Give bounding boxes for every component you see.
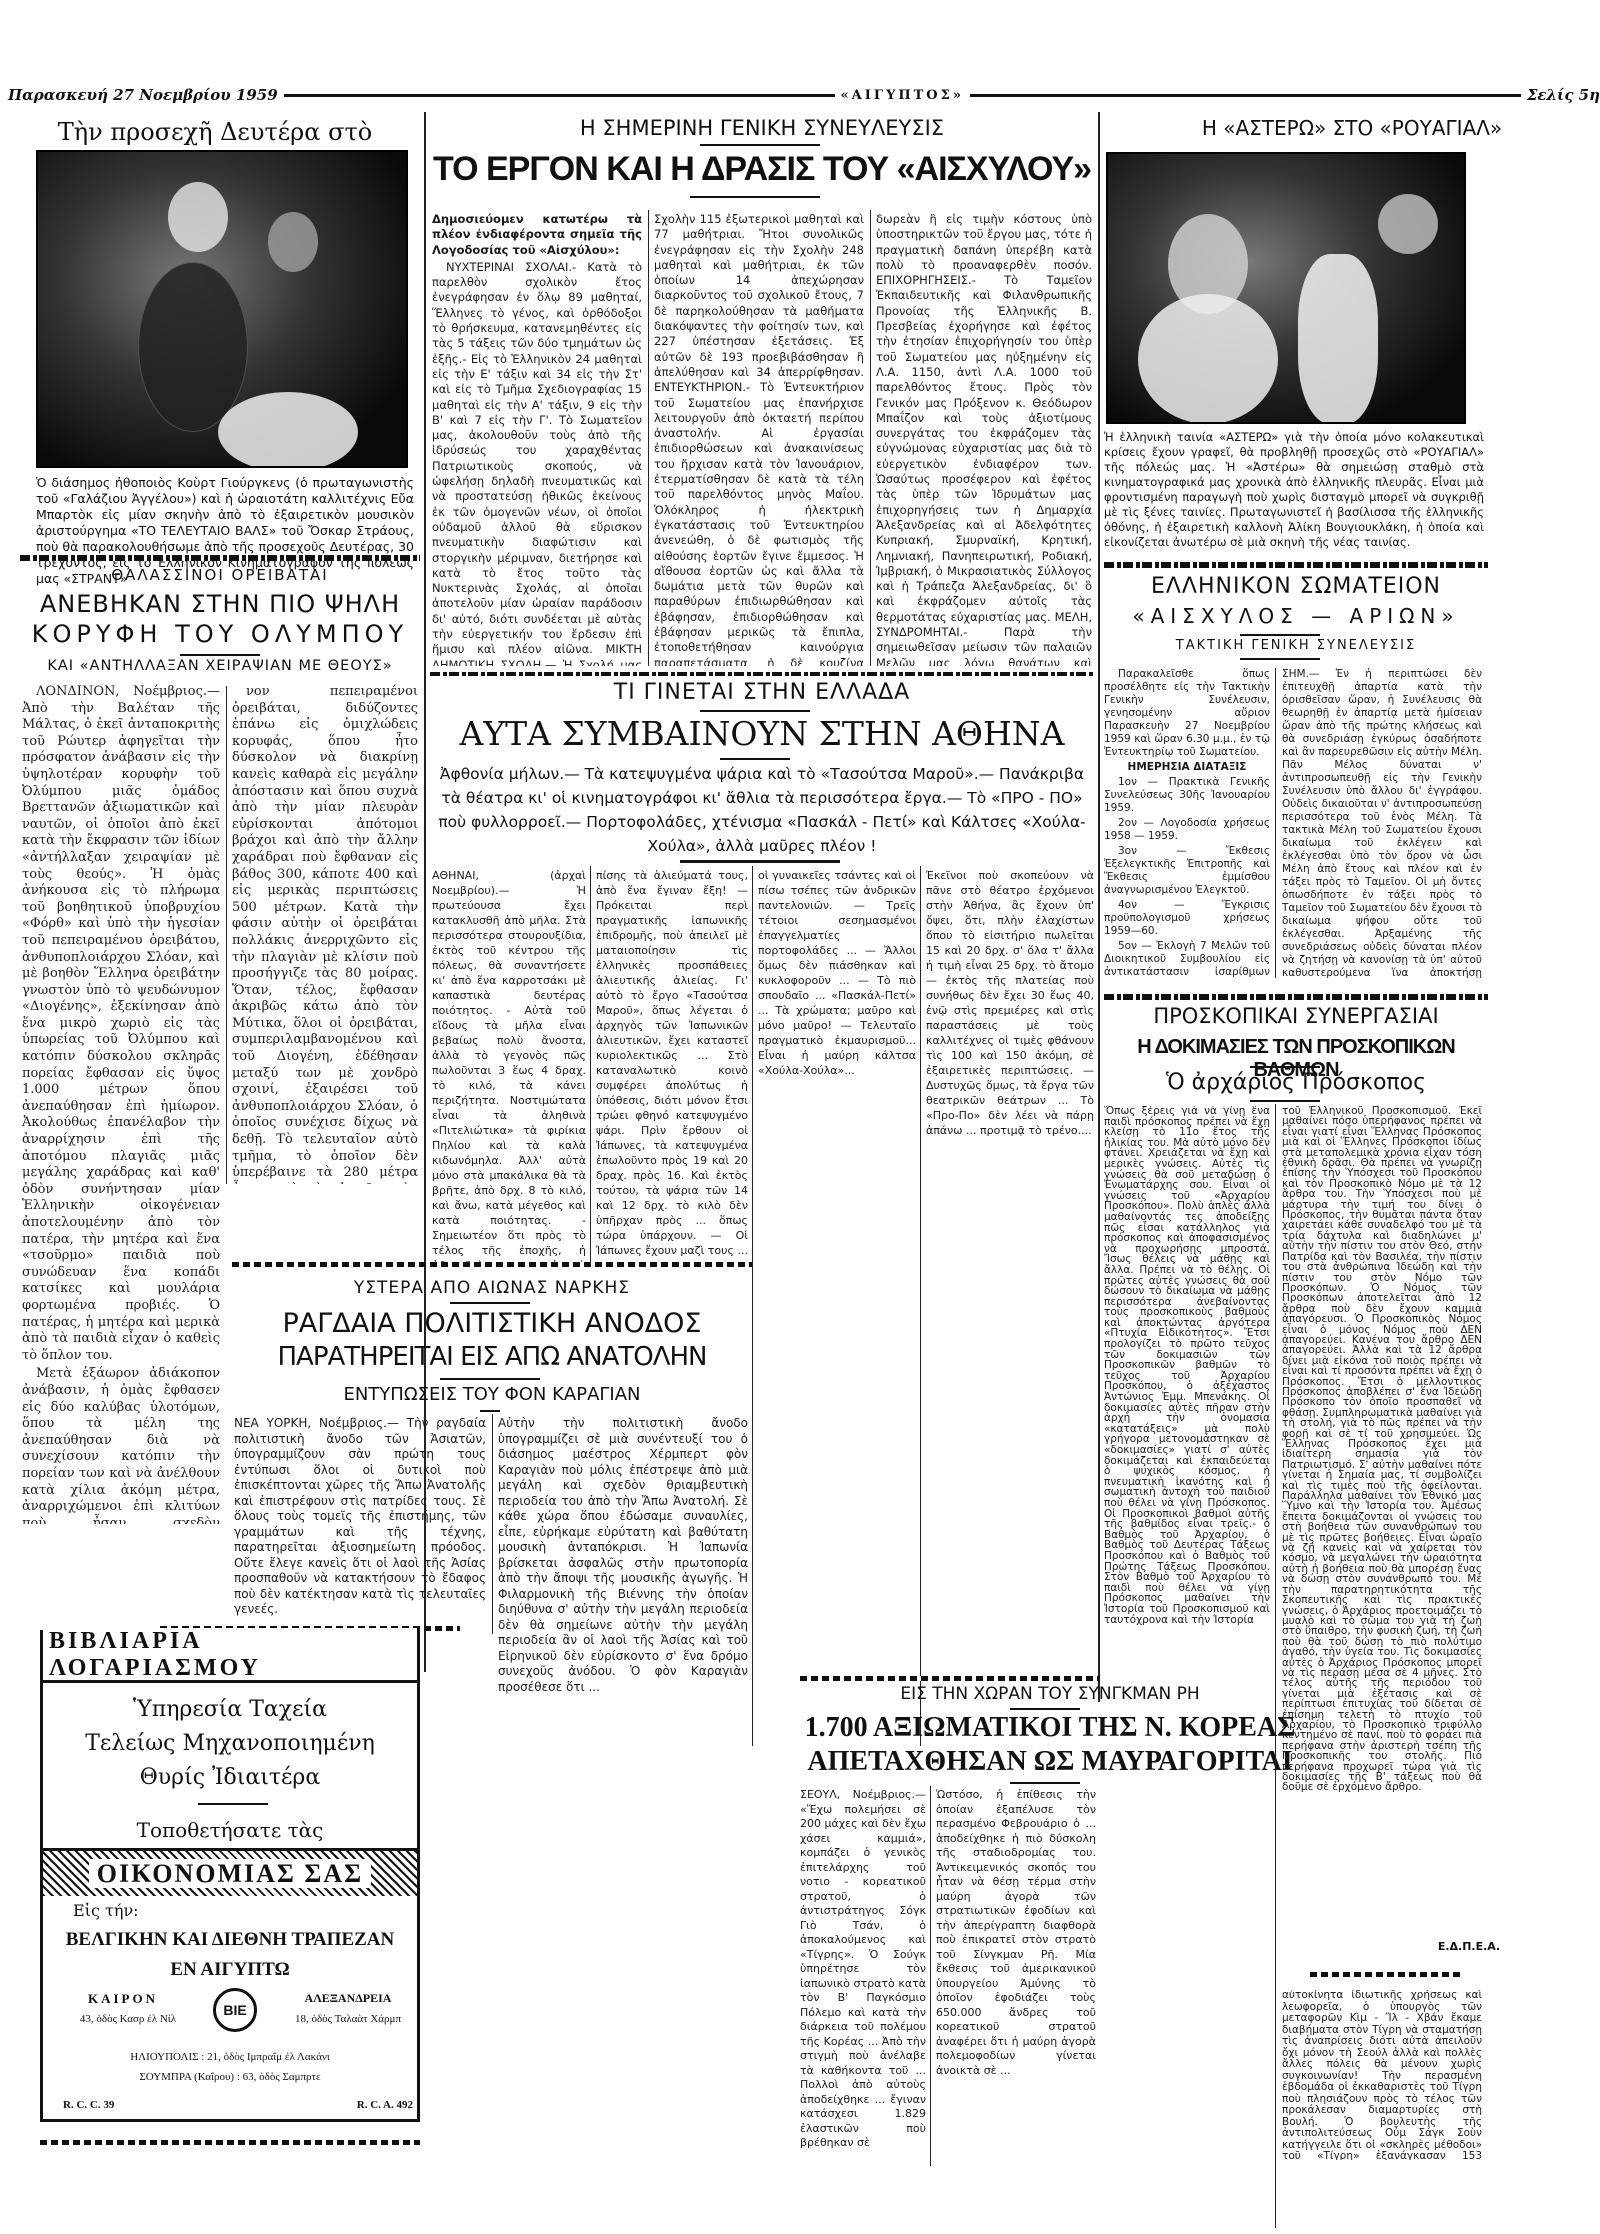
bank-logo-icon: BIE xyxy=(213,1988,257,2032)
branch-address: ΗΛΙΟΥΠΟΛΙΣ : 21, ὁδὸς Ιμπραΐμ ἐλ Λακάνι xyxy=(43,2051,417,2063)
column-divider xyxy=(492,1414,493,1634)
page-number: Σελίς 5η xyxy=(1527,86,1600,104)
astero-title: Η «ΑΣΤΕΡΩ» ΣΤΟ «ΡΟΥΑΓΙΑΛ» xyxy=(1104,116,1600,140)
strand-film-photo xyxy=(36,150,408,468)
column-divider xyxy=(424,112,426,672)
paragraph: νον πεπειραμένοι ὀρειβάται, διδύζοντες ἐ… xyxy=(232,684,418,1184)
headline-rule xyxy=(440,1378,540,1380)
scouts-signature: Ε.Δ.Π.Ε.Α. xyxy=(1400,1940,1500,1953)
aeschylus-kicker: Η ΣΗΜΕΡΙΝΗ ΓΕΝΙΚΗ ΣΥΝΕΥΛΕΥΣΙΣ xyxy=(430,116,1094,140)
headline-rule xyxy=(1010,1782,1080,1784)
korea-headline-2: ΑΠΕΤΑΧΘΗΣΑΝ ΩΣ ΜΑΥΡΑΓΟΡΙΤΑΙ xyxy=(800,1746,1300,1778)
section-divider xyxy=(1310,1972,1460,1977)
section-divider xyxy=(1104,994,1488,1000)
ad-line: Ὑπηρεσία Ταχεία xyxy=(43,1697,417,1722)
headline-rule xyxy=(1250,1066,1320,1068)
olympus-headline-2: ΚΟΡΥΦΗ ΤΟΥ ΟΛΥΜΠΟΥ xyxy=(20,620,420,648)
column-divider xyxy=(930,1786,931,2166)
bank-advertisement: Ὑπηρεσία Ταχεία Τελείως Μηχανοποιημένη Θ… xyxy=(40,1680,420,2122)
society-agenda-column: Παρακαλεῖσθε ὅπως προσέλθητε εἰς τὴν Τακ… xyxy=(1104,668,1270,978)
athens-body-col2: πίσης τὰ ἁλιεύματά τους, ἀπὸ ἕνα ἔγιναν … xyxy=(596,868,748,1262)
asia-subhead: ΕΝΤΥΠΩΣΕΙΣ ΤΟΥ ΦΟΝ ΚΑΡΑΓΙΑΝ xyxy=(232,1384,752,1405)
ad-rule xyxy=(198,1803,268,1805)
page-masthead: Παρασκευή 27 Νοεμβρίου 1959 «ΑΙΓΥΠΤΟΣ» Σ… xyxy=(8,84,1600,106)
banner-text: ΒΙΒΛΙΑΡΙΑ ΛΟΓΑΡΙΑΣΜΟΥ xyxy=(43,1628,417,1682)
athens-body-col3: οἱ γυναικεῖες τσάντες καὶ οἱ πίσω τσέπες… xyxy=(758,868,916,1638)
athens-deck: Ἀφθονία μήλων.— Τὰ κατεψυγμένα ψάρια καὶ… xyxy=(436,762,1088,858)
column-divider xyxy=(752,866,753,1746)
branch-address: 18, ὁδὸς Ταλαὰτ Χάρμπ xyxy=(273,2013,423,2025)
issue-date: Παρασκευή 27 Νοεμβρίου 1959 xyxy=(8,86,278,104)
athens-headline: ΑΥΤΑ ΣΥΜΒΑΙΝΟΥΝ ΣΤΗΝ ΑΘΗΝΑ xyxy=(430,714,1094,753)
headline-rule xyxy=(1250,1100,1320,1102)
masthead-rule xyxy=(970,94,1521,97)
headline-rule xyxy=(480,1410,500,1412)
agenda-title: ΗΜΕΡΗΣΙΑ ΔΙΑΤΑΞΙΣ xyxy=(1104,761,1270,774)
column-divider xyxy=(1098,112,1100,1702)
korea-headline-1: 1.700 ΑΞΙΩΜΑΤΙΚΟΙ ΤΗΣ Ν. ΚΟΡΕΑΣ xyxy=(800,1712,1300,1744)
asia-headline-2: ΠΑΡΑΤΗΡΕΙΤΑΙ ΕΙΣ ΑΠΩ ΑΝΑΤΟΛΗΝ xyxy=(232,1342,752,1372)
registration-number: R. C. C. 39 xyxy=(63,2099,183,2111)
olympus-subhead: ΚΑΙ «ΑΝΤΗΛΛΑΞΑΝ ΧΕΙΡΑΨΙΑΝ ΜΕ ΘΕΟΥΣ» xyxy=(20,658,420,674)
korea-kicker: ΕΙΣ ΤΗΝ ΧΩΡΑΝ ΤΟΥ ΣΥΝΓΚΜΑΝ ΡΗ xyxy=(800,1684,1300,1704)
headline-rule xyxy=(1010,1708,1080,1710)
agenda-item: 5ον — Ἐκλογὴ 7 Μελῶν τοῦ Διοικητικοῦ Συμ… xyxy=(1104,940,1270,978)
section-divider xyxy=(40,2140,420,2145)
society-headline-2: «ΑΙΣΧΥΛΟΣ — ΑΡΙΩΝ» xyxy=(1104,604,1488,628)
scouts-subhead: Ὁ ἀρχάριος Πρόσκοπος xyxy=(1104,1070,1488,1095)
headline-rule xyxy=(720,758,790,760)
headline-rule xyxy=(450,1302,530,1304)
bank-name: ΕΝ ΑΙΓΥΠΤΩ xyxy=(43,1959,417,1981)
society-notes: ΣΗΜ.— Ἐν ἧ περιπτώσει δὲν ἐπιτευχθῇ ἀπαρ… xyxy=(1282,668,1482,978)
column-divider xyxy=(870,210,871,666)
athens-body-col4: Ἐκεῖνοι ποὺ σκοπεύουν νὰ πᾶνε στὸ θέατρο… xyxy=(926,868,1094,1638)
headline-rule xyxy=(1240,634,1320,636)
headline-rule xyxy=(180,654,260,656)
section-divider xyxy=(800,1676,1100,1681)
olympus-body-col2: νον πεπειραμένοι ὀρειβάται, διδύζοντες ἐ… xyxy=(232,684,418,1184)
aeschylus-body-col1: Δημοσιεύομεν κατωτέρω τὰ πλέον ἐνδιαφέρο… xyxy=(432,212,642,666)
ad-line: Τοποθετήσατε τὰς xyxy=(43,1818,417,1842)
scouts-kicker: ΠΡΟΣΚΟΠΙΚΑΙ ΣΥΝΕΡΓΑΣΙΑΙ xyxy=(1104,1004,1488,1028)
column-divider xyxy=(1275,668,1276,978)
newspaper-name: «ΑΙΓΥΠΤΟΣ» xyxy=(841,88,964,103)
athens-body-col1: ΑΘΗΝΑΙ, (ἀρχαὶ Νοεμβρίου).— Ἡ πρωτεύουσα… xyxy=(432,868,586,1262)
olympus-headline-1: ΑΝΕΒΗΚΑΝ ΣΤΗΝ ΠΙΟ ΨΗΛΗ xyxy=(20,590,420,618)
asia-body-col1: ΝΕΑ ΥΟΡΚΗ, Νοέμβριος.— Τὴν ραγδαία πολιτ… xyxy=(234,1416,486,1631)
korea-body-col1: ΣΕΟΥΛ, Νοέμβριος.— «Ἔχω πολεμήσει σὲ 200… xyxy=(800,1788,926,2168)
ad-hatched-band: ΟΙΚΟΝΟΜΙΑΣ ΣΑΣ xyxy=(43,1848,417,1896)
headline-rule xyxy=(700,710,810,712)
scouts-body-col1: Ὅπως ξέρεις γιὰ νὰ γίνῃ ἕνα παιδὶ πρόσκο… xyxy=(1104,1106,1270,1676)
paragraph: Μετὰ ἑξάωρον ἀδιάκοπον ἀνάβασιν, ἡ ὁμὰς … xyxy=(22,1366,220,1524)
astero-film-photo xyxy=(1106,152,1466,424)
section-divider xyxy=(1104,562,1488,568)
paragraph: ΛΟΝΔΙΝΟΝ, Νοέμβριος.— Ἀπὸ τὴν Βαλέταν τῆ… xyxy=(22,684,220,1364)
headline-rule xyxy=(680,860,840,863)
aeschylus-headline: ΤΟ ΕΡΓΟΝ ΚΑΙ Η ΔΡΑΣΙΣ ΤΟΥ «ΑΙΣΧΥΛΟΥ» xyxy=(430,150,1094,189)
registration-number: R. C. A. 492 xyxy=(293,2099,413,2111)
headline-rule xyxy=(690,196,820,198)
branch-city: ΚΑΙΡΟΝ xyxy=(63,1991,183,2007)
bank-ad-banner: ΒΙΒΛΙΑΡΙΑ ΛΟΓΑΡΙΑΣΜΟΥ xyxy=(40,1630,420,1680)
bank-name: ΒΕΛΓΙΚΗΝ ΚΑΙ ΔΙΕΘΝΗ ΤΡΑΠΕΖΑΝ xyxy=(43,1929,417,1951)
branch-address: 43, ὁδὸς Κασρ ἐλ Νἰλ xyxy=(53,2013,203,2025)
column-divider xyxy=(648,210,649,666)
headline-rule xyxy=(700,144,820,146)
asia-kicker: ΥΣΤΕΡΑ ΑΠΟ ΑΙΩΝΑΣ ΝΑΡΚΗΣ xyxy=(232,1278,752,1298)
scouts-body-col2: τοῦ Ἑλληνικοῦ Προσκοπισμοῦ. Ἐκεῖ μαθαίνε… xyxy=(1282,1106,1482,1936)
masthead-rule xyxy=(284,94,835,97)
ad-line: Θυρίς Ἰδιαιτέρα xyxy=(43,1765,417,1790)
society-subhead: ΤΑΚΤΙΚΗ ΓΕΝΙΚΗ ΣΥΝΕΛΕΥΣΙΣ xyxy=(1104,638,1488,653)
agenda-item: 4ον — Ἔγκρισις προϋπολογισμοῦ χρήσεως 19… xyxy=(1104,899,1270,938)
asia-body-col2: Αὐτὴν τὴν πολιτιστικὴ ἄνοδο ὑπογραμμίζει… xyxy=(498,1416,748,1856)
ad-hatched-text: ΟΙΚΟΝΟΜΙΑΣ ΣΑΣ xyxy=(89,1859,371,1888)
section-divider xyxy=(232,1262,752,1267)
ad-line: Τελείως Μηχανοποιημένη xyxy=(43,1731,417,1756)
column-divider xyxy=(590,866,591,1266)
society-headline-1: ΕΛΛΗΝΙΚΟΝ ΣΩΜΑΤΕΙΟΝ xyxy=(1104,574,1488,599)
olympus-kicker: ΘΑΛΑΣΣΙΝΟΙ ΟΡΕΙΒΑΤΑΙ xyxy=(20,566,420,584)
agenda-item: 3ον — Ἔκθεσις Ἐξελεγκτικῆς Ἐπιτροπῆς καὶ… xyxy=(1104,845,1270,897)
olympus-body-col1: ΛΟΝΔΙΝΟΝ, Νοέμβριος.— Ἀπὸ τὴν Βαλέταν τῆ… xyxy=(22,684,220,1524)
aeschylus-lead: Δημοσιεύομεν κατωτέρω τὰ πλέον ἐνδιαφέρο… xyxy=(432,212,642,258)
column-divider xyxy=(226,686,227,1184)
astero-caption: Ἡ ἑλληνικὴ ταινία «ΑΣΤΕΡΩ» γιὰ τὴν ὁποία… xyxy=(1104,430,1484,550)
agenda-item: 1ον — Πρακτικὰ Γενικῆς Συνελεύσεως 30ῆς … xyxy=(1104,776,1270,815)
ad-line: Εἰς τήν: xyxy=(73,1901,447,1920)
branch-address: ΣΟΥΜΠΡΑ (Καΐρου) : 63, ὁδὸς Σαμπρτε xyxy=(43,2071,417,2083)
paragraph: ΝΥΧΤΕΡΙΝΑΙ ΣΧΟΛΑΙ.- Κατὰ τὸ παρελθὸν σχο… xyxy=(432,260,642,666)
society-intro: Παρακαλεῖσθε ὅπως προσέλθητε εἰς τὴν Τακ… xyxy=(1104,668,1270,759)
athens-kicker: ΤΙ ΓΙΝΕΤΑΙ ΣΤΗΝ ΕΛΛΑΔΑ xyxy=(430,680,1094,705)
korea-body-col2: Ὡστόσο, ἡ ἐπίθεσις τὴν ὁποίαν ἐξαπέλυσε … xyxy=(936,1788,1096,2168)
column-divider xyxy=(920,866,921,1746)
korea-body-col3: αὐτοκίνητα ἰδιωτικῆς χρήσεως καὶ λεωφορε… xyxy=(1282,1990,1482,2160)
section-divider xyxy=(430,672,1094,676)
aeschylus-body-col3: δωρεὰν ἢ εἰς τιμὴν κόστους ὑπὸ ὑποστηρικ… xyxy=(876,212,1092,666)
aeschylus-body-col2: Σχολὴν 115 ἐξωτερικοὶ μαθηταὶ καὶ 77 μαθ… xyxy=(654,212,864,666)
branch-city: ΑΛΕΞΑΝΔΡΕΙΑ xyxy=(283,1991,413,2006)
column-divider xyxy=(1275,1104,1276,2228)
section-divider xyxy=(20,555,420,561)
headline-rule xyxy=(1240,658,1320,660)
asia-headline-1: ΡΑΓΔΑΙΑ ΠΟΛΙΤΙΣΤΙΚΗ ΑΝΟΔΟΣ xyxy=(232,1308,752,1339)
agenda-item: 2ον — Λογοδοσία χρήσεως 1958 — 1959. xyxy=(1104,817,1270,843)
